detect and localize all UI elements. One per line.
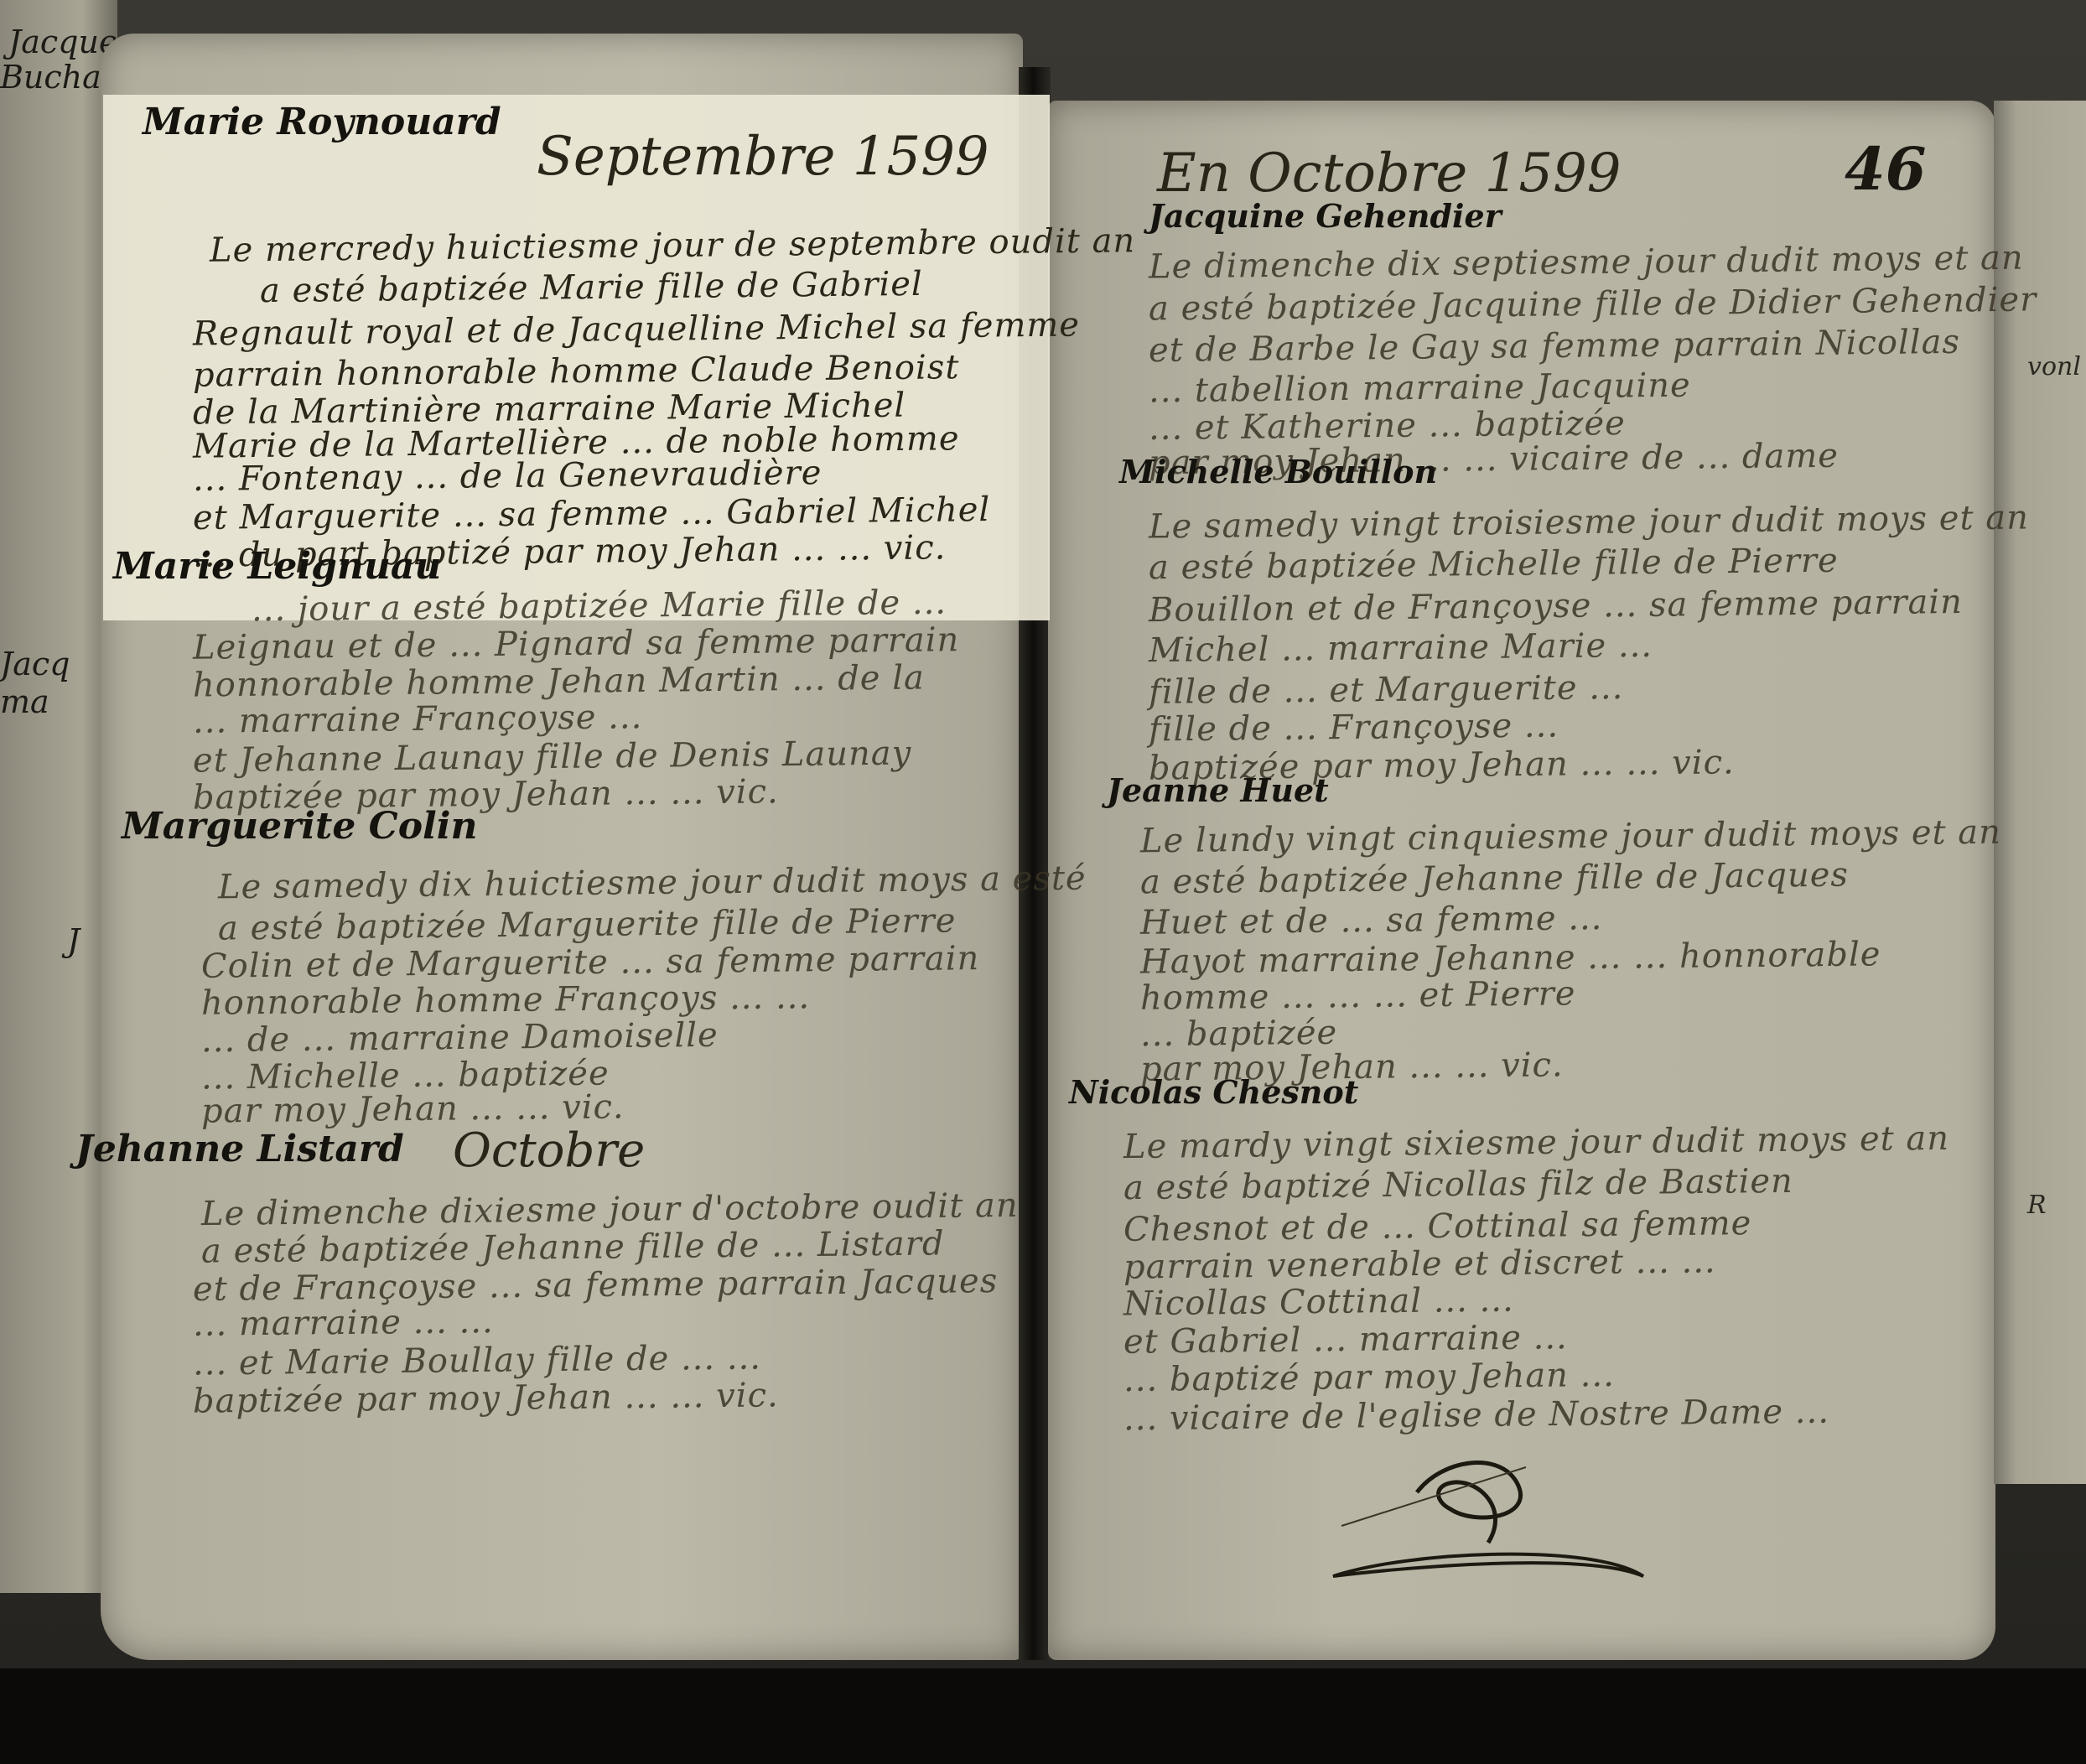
entry-line: baptizée par moy Jehan ... ... vic. bbox=[193, 1376, 779, 1420]
entry-line: ... vicaire de l'eglise de Nostre Dame .… bbox=[1123, 1393, 1829, 1439]
entry-line: Colin et de Marguerite ... sa femme parr… bbox=[201, 939, 980, 986]
left-page-subheading: Octobre bbox=[453, 1123, 645, 1178]
entry-line: a esté baptizée Marie fille de Gabriel bbox=[260, 265, 923, 310]
signature-paraph-icon bbox=[1308, 1450, 1660, 1593]
left-page-heading: Septembre 1599 bbox=[537, 126, 989, 188]
scanned-register-spread: Jacque Bucha Jacq ma J vonl R Septembre … bbox=[0, 0, 2086, 1764]
entry-line: Huet et de ... sa femme ... bbox=[1140, 899, 1603, 942]
prev-fragment: J bbox=[67, 922, 80, 959]
prev-fragment: Bucha bbox=[0, 59, 101, 96]
margin-name-entry-2: Marie Leignuau bbox=[113, 545, 441, 588]
entry-line: et Gabriel ... marraine ... bbox=[1123, 1318, 1568, 1362]
entry-line: a esté baptizée Michelle fille de Pierre bbox=[1149, 542, 1839, 588]
margin-name-entry-8: Nicolas Chesnot bbox=[1069, 1073, 1358, 1111]
entry-line: ... baptizé par moy Jehan ... bbox=[1123, 1356, 1615, 1399]
margin-name-entry-4: Jehanne Listard bbox=[75, 1128, 404, 1170]
entry-line: homme ... ... ... et Pierre bbox=[1140, 974, 1576, 1017]
margin-name-entry-7: Jeanne Huet bbox=[1107, 771, 1329, 809]
previous-page-fragment: Jacque Bucha Jacq ma J bbox=[0, 0, 117, 1593]
folio-number: 46 bbox=[1845, 134, 1926, 204]
entry-line: ... marraine Françoyse ... bbox=[193, 698, 643, 741]
entry-line: ... de ... marraine Damoiselle bbox=[201, 1016, 719, 1060]
prev-fragment: Jacq bbox=[0, 646, 70, 682]
margin-name-entry-5: Jacquine Gehendier bbox=[1149, 197, 1502, 235]
entry-line: a esté baptizé Nicollas filz de Bastien bbox=[1123, 1162, 1793, 1207]
entry-line: ... Fontenay ... de la Genevraudière bbox=[193, 454, 822, 499]
entry-line: Michel ... marraine Marie ... bbox=[1149, 626, 1653, 670]
next-fragment: R bbox=[2027, 1191, 2047, 1220]
next-fragment: vonl bbox=[2027, 352, 2081, 381]
margin-name-entry-3: Marguerite Colin bbox=[122, 805, 477, 848]
entry-line: ... marraine ... ... bbox=[193, 1302, 494, 1344]
entry-line: a esté baptizée Jehanne fille de Jacques bbox=[1140, 856, 1849, 902]
table-surface bbox=[0, 1668, 2086, 1764]
entry-line: fille de ... Françoyse ... bbox=[1149, 706, 1559, 749]
entry-line: honnorable homme Françoys ... ... bbox=[201, 978, 811, 1023]
margin-name-entry-1: Marie Roynouard bbox=[143, 101, 501, 143]
prev-fragment: ma bbox=[0, 683, 49, 720]
entry-line: Nicollas Cottinal ... ... bbox=[1123, 1281, 1514, 1324]
entry-line: fille de ... et Marguerite ... bbox=[1149, 668, 1624, 712]
entry-line: parrain venerable et discret ... ... bbox=[1123, 1242, 1716, 1286]
margin-name-entry-6: Michelle Bouillon bbox=[1119, 453, 1437, 490]
prev-fragment: Jacque bbox=[8, 23, 117, 60]
entry-line: ... et Marie Boullay fille de ... ... bbox=[193, 1338, 761, 1383]
right-page-heading: En Octobre 1599 bbox=[1157, 143, 1622, 205]
entry-line: et Jehanne Launay fille de Denis Launay bbox=[193, 734, 912, 781]
